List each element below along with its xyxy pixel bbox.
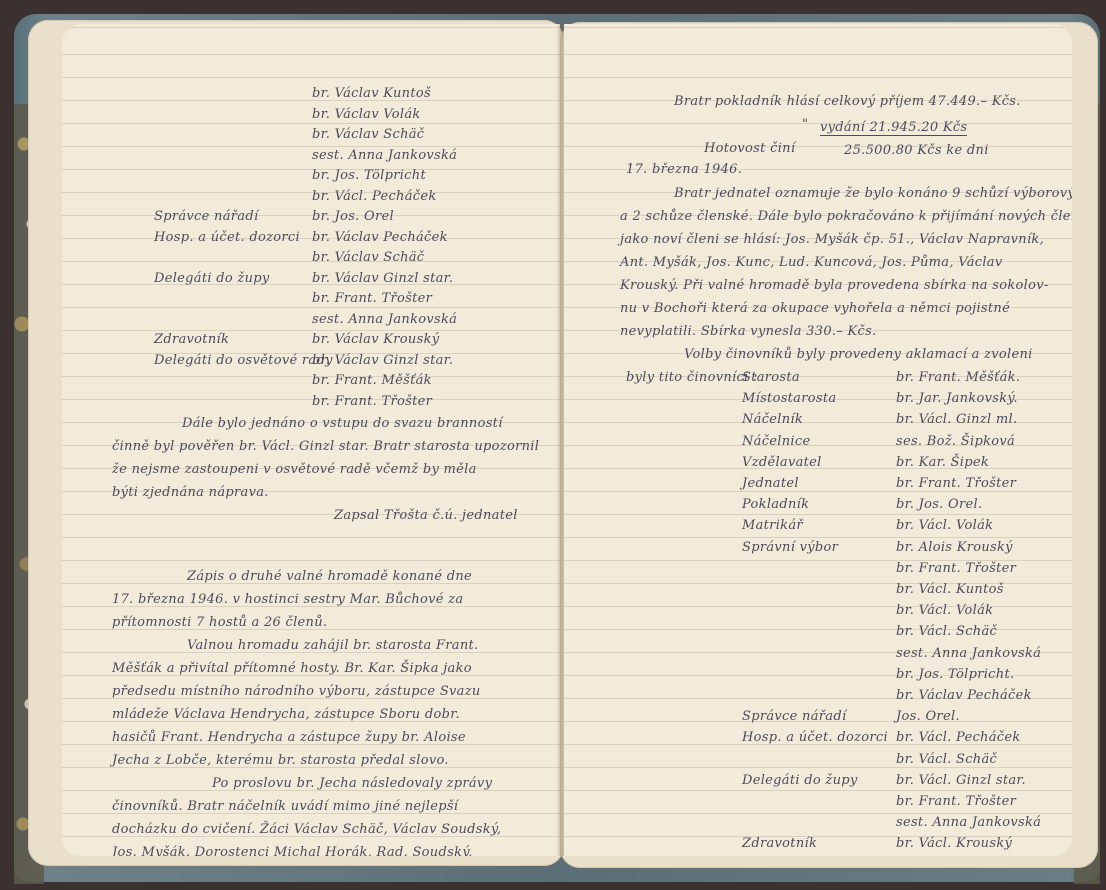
officer-name: br. Václav Kuntoš (312, 86, 431, 101)
minutes-line: Jecha z Lobče, kterému br. starosta před… (112, 753, 449, 768)
officer-name: sest. Anna Jankovská (312, 148, 457, 163)
officer-name: br. Václav Ginzl star. (312, 271, 453, 286)
officer-name: br. Václ. Schäč (896, 752, 997, 767)
officer-name: br. Václ. Pecháček (312, 189, 437, 204)
secretary-report-line: nu v Bochoři která za okupace vyhořela a… (620, 301, 1010, 316)
officer-role: Náčelnice (742, 434, 810, 449)
officer-name: br. Frant. Měšťák. (896, 370, 1020, 385)
balance-date: 17. března 1946. (626, 162, 742, 177)
secretary-report-line: Ant. Myšák, Jos. Kunc, Lud. Kuncová, Jos… (620, 255, 1003, 270)
officer-name: br. Václ. Ginzl ml. (896, 412, 1017, 427)
officer-name: br. Frant. Třošter (312, 291, 432, 306)
minutes-line: Měšťák a přivítal přítomné hosty. Br. Ka… (112, 661, 472, 676)
treasurer-income: Bratr pokladník hlásí celkový příjem 47.… (674, 94, 1021, 109)
officer-role: Starosta (742, 370, 800, 385)
officer-role: Náčelník (742, 412, 803, 427)
officer-role: Delegáti do župy (742, 773, 858, 788)
officer-name: br. Jos. Tölpricht. (896, 667, 1014, 682)
secretary-report-line: jako noví členi se hlásí: Jos. Myšák čp.… (620, 232, 1044, 247)
officer-role: Hosp. a účet. dozorci (742, 730, 888, 745)
officer-name: br. Jos. Orel. (896, 497, 982, 512)
officer-name: br. Frant. Měšťák (312, 373, 432, 388)
officer-role: Správce nářadí (154, 209, 258, 224)
right-page: Bratr pokladník hlásí celkový příjem 47.… (564, 24, 1072, 856)
minutes-line: hasičů Frant. Hendrycha a zástupce župy … (112, 730, 466, 745)
officer-name: br. Frant. Třošter (896, 794, 1016, 809)
officer-role: Hosp. a účet. dozorci (154, 230, 300, 245)
officer-name: br. Jos. Tölpricht (312, 168, 426, 183)
officer-name: br. Václ. Pecháček (896, 730, 1021, 745)
officer-role: Matrikář (742, 518, 803, 533)
officer-name: ses. Bož. Šipková (896, 434, 1015, 449)
officer-role: Zdravotník (154, 332, 229, 347)
officer-role: Místostarosta (742, 391, 836, 406)
officer-role: Delegáti do župy (154, 271, 270, 286)
elections-intro: byly tito činovníci : (626, 370, 758, 385)
secretary-report-line: Krouský. Při valné hromadě byla proveden… (620, 278, 1049, 293)
officer-role: Zdravotník (742, 836, 817, 851)
secretary-report-line: nevyplatili. Sbírka vynesla 330.– Kčs. (620, 324, 877, 339)
minutes-line: předsedu místního národního výboru, zást… (112, 684, 481, 699)
officer-name: br. Alois Krouský (896, 540, 1013, 555)
officer-role: Správce nářadí (742, 709, 846, 724)
minutes-line: Jos. Myšák. Dorostenci Michal Horák, Rad… (112, 845, 473, 856)
minutes-line: Po proslovu br. Jecha následovaly zprávy (212, 776, 492, 791)
officer-name: br. Jar. Jankovský. (896, 391, 1018, 406)
officer-name: br. Václ. Volák (896, 603, 993, 618)
officer-name: br. Václav Pecháček (896, 688, 1032, 703)
officer-name: br. Václav Volák (312, 107, 421, 122)
minutes-line: Zápis o druhé valné hromadě konané dne (187, 569, 472, 584)
secretary-report-line: a 2 schůze členské. Dále bylo pokračován… (620, 209, 1072, 224)
officer-role: Delegáti do osvětové rady (154, 353, 333, 368)
officer-name: br. Frant. Třošter (312, 394, 432, 409)
minutes-line: docházku do cvičení. Žáci Václav Schäč, … (112, 822, 501, 837)
officer-name: br. Václ. Krouský (896, 836, 1012, 851)
secretary-report-line: Bratr jednatel oznamuje že bylo konáno 9… (674, 186, 1072, 201)
officer-name: br. Jos. Orel (312, 209, 394, 224)
officer-role: Vzdělavatel (742, 455, 822, 470)
officer-name: br. Václav Schäč (312, 127, 424, 142)
officer-name: sest. Anna Jankovská (312, 312, 457, 327)
cash-balance-value: 25.500.80 Kčs ke dni (844, 143, 989, 158)
signature: Zapsal Třošta č.ú. jednatel (334, 508, 518, 523)
officer-name: br. Frant. Třošter (896, 476, 1016, 491)
officer-role: Pokladník (742, 497, 809, 512)
left-paragraph-line: činně byl pověřen br. Václ. Ginzl star. … (112, 439, 539, 454)
ditto-mark: " (802, 117, 808, 132)
officer-name: sest. Anna Jankovská (896, 815, 1041, 830)
left-paragraph-line: býti zjednána náprava. (112, 485, 269, 500)
officer-name: br. Václ. Schäč (896, 624, 997, 639)
officer-role: Jednatel (742, 476, 799, 491)
elections-intro: Volby činovníků byly provedeny aklamací … (684, 347, 1033, 362)
left-paragraph-line: Dále bylo jednáno o vstupu do svazu bran… (182, 416, 503, 431)
officer-name: br. Václav Ginzl star. (312, 353, 453, 368)
officer-name: br. Václ. Ginzl star. (896, 773, 1026, 788)
officer-name: br. Kar. Šipek (896, 455, 989, 470)
minutes-line: Valnou hromadu zahájil br. starosta Fran… (187, 638, 478, 653)
officer-name: br. Frant. Třošter (896, 561, 1016, 576)
officer-name: br. Václav Krouský (312, 332, 439, 347)
officer-name: br. Václ. Volák (896, 518, 993, 533)
officer-name: sest. Anna Jankovská (896, 646, 1041, 661)
left-page: br. Václav Kuntošbr. Václav Volákbr. Vác… (62, 24, 560, 856)
officer-name: br. Václ. Kuntoš (896, 582, 1004, 597)
minutes-line: mládeže Václava Hendrycha, zástupce Sbor… (112, 707, 460, 722)
officer-role: Správní výbor (742, 540, 838, 555)
cash-balance-label: Hotovost činí (704, 141, 795, 156)
minutes-line: 17. března 1946. v hostinci sestry Mar. … (112, 592, 463, 607)
minutes-line: činovníků. Bratr náčelník uvádí mimo jin… (112, 799, 458, 814)
officer-name: Jos. Orel. (896, 709, 960, 724)
officer-name: br. Václav Schäč (312, 250, 424, 265)
treasurer-expenses: vydání 21.945.20 Kčs (820, 120, 967, 136)
minutes-line: přítomnosti 7 hostů a 26 členů. (112, 615, 327, 630)
officer-name: br. Václav Pecháček (312, 230, 448, 245)
left-paragraph-line: že nejsme zastoupeni v osvětové radě vče… (112, 462, 477, 477)
